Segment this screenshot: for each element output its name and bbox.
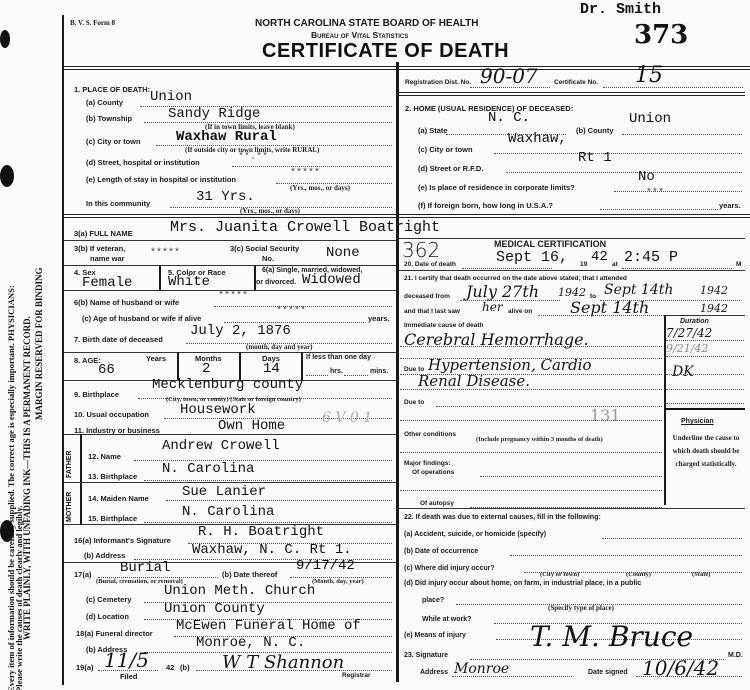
res-county-label: (b) County (576, 126, 614, 135)
filing-year: 42 (166, 663, 174, 672)
informant-address-label: (b) Address (84, 551, 125, 560)
birth-value: July 2, 1876 (190, 323, 291, 339)
spouse-age-unit: years. (368, 314, 390, 323)
father-birthplace-value: N. Carolina (162, 461, 254, 477)
funeral-director-label: 18(a) Funeral director (76, 629, 153, 638)
last-seen-year: 1942 (700, 302, 728, 315)
veteran-value: ***** (150, 248, 180, 259)
birth-note: (month, day and year) (246, 343, 313, 351)
filing-date-value: 11/5 (104, 648, 149, 672)
faint-stamp: 131 (590, 406, 621, 425)
father-name-label: 12. Name (88, 452, 121, 461)
marital-label-2: or divorced. (256, 279, 296, 286)
physician-signature: T. M. Bruce (530, 620, 693, 653)
occupation-label: 10. Usual occupation (74, 410, 149, 419)
informant-address-value: Waxhaw, N. C. Rt 1. (192, 542, 352, 558)
stamp-number: 373 (634, 20, 688, 50)
burial-date-note: (Month, day, year) (312, 578, 364, 585)
physician-annotation: Dr. Smith (580, 1, 661, 18)
city-label: (c) City or town (86, 137, 141, 146)
spouse-label: 6(b) Name of husband or wife (74, 298, 179, 307)
form-left-border (62, 15, 64, 685)
md-label: M.D. (728, 652, 743, 659)
death-county-value: Union (150, 89, 192, 105)
mother-name-label: 14. Maiden Name (88, 494, 149, 503)
date-of-death-label: 20. Date of death (404, 261, 456, 268)
county-label: (a) County (86, 98, 123, 107)
death-township-value: Sandy Ridge (168, 106, 260, 122)
stay-label: (e) Length of stay in hospital or instit… (86, 175, 236, 184)
means-of-injury-label: (e) Means of injury (404, 632, 466, 639)
registrar-signature: W T Shannon (222, 652, 344, 673)
attended-to-year: 1942 (700, 284, 728, 297)
residence-city-value: Waxhaw, (508, 131, 567, 147)
where-injury-label: (c) Where did injury occur? (404, 565, 495, 572)
binding-hole (0, 30, 10, 48)
marital-value: Widowed (302, 272, 361, 288)
at-label: at (612, 261, 618, 268)
filing-label: 19(a) (76, 663, 94, 672)
occurrence-label: (b) Date of occurrence (404, 548, 478, 555)
immediate-cause-label: Immediate cause of death (404, 322, 483, 329)
death-stay-value: ***** (290, 168, 320, 179)
signature-label: 23. Signature (404, 652, 448, 659)
signature-address-value: Monroe (454, 661, 509, 677)
full-name-value: Mrs. Juanita Crowell Boatright (170, 219, 440, 236)
meridian-label: M (736, 261, 741, 268)
where-note-county: (County) (626, 571, 651, 578)
death-time-value: 2:45 P (624, 249, 678, 266)
operations-label: Of operations (412, 469, 454, 476)
cemetery-label: (c) Cemetery (86, 595, 131, 604)
form-number: B. V. S. Form 8 (70, 19, 115, 27)
date-signed-label: Date signed (588, 669, 628, 676)
birthplace-value: Mecklenburg county (152, 377, 303, 393)
duration-2: 9/21/42 (666, 342, 708, 355)
last-seen-label: and that I last saw (404, 308, 460, 315)
duration-label: Duration (680, 318, 709, 325)
certify-text: 21. I certify that death occurred on the… (404, 275, 627, 282)
duration-3: DK (672, 364, 694, 380)
community-label: In this community (86, 199, 150, 208)
corporate-label: (e) Is place of residence in corporate l… (418, 183, 575, 192)
attended-to-value: Sept 14th (604, 282, 673, 298)
residence-street-value: Rt 1 (578, 150, 612, 166)
spouse-value: ***** (218, 291, 248, 302)
page-title: CERTIFICATE OF DEATH (262, 40, 509, 63)
informant-signature-value: R. H. Boatright (198, 524, 324, 540)
industry-value: Own Home (218, 418, 285, 434)
less-than-day-label: If less than one day (306, 354, 371, 361)
veteran-label: 3(b) If veteran, (74, 244, 125, 253)
where-note-state: (State) (692, 571, 710, 578)
place-label: (d) Did injury occur about home, on farm… (404, 580, 641, 587)
physician-note: Underline the cause to which death shoul… (668, 432, 744, 471)
faint-pencil-mark: 6 V 0 1 (322, 410, 372, 426)
major-findings-label: Major findings: (404, 460, 451, 467)
handwritten-number: 362 (402, 238, 440, 262)
registration-dist-value: 90-07 (480, 64, 538, 88)
full-name-label: 3(a) FULL NAME (74, 229, 133, 238)
birth-label: 7. Birth date of deceased (74, 335, 163, 344)
mins-label: mins. (370, 368, 388, 375)
occupation-value: Housework (180, 402, 256, 418)
accident-label: (a) Accident, suicide, or homicide (spec… (404, 531, 546, 538)
res-street-label: (d) Street or R.F.D. (418, 164, 483, 173)
spouse-age-label: (c) Age of husband or wife if alive (82, 314, 201, 323)
duration-1: 7/27/42 (666, 326, 712, 340)
bureau-name: Bureau of Vital Statistics (311, 30, 408, 40)
father-birthplace-label: 13. Birthplace (88, 472, 137, 481)
death-city-value: Waxhaw Rural (176, 129, 277, 145)
cemetery-value: Union Meth. Church (164, 583, 315, 599)
res-city-label: (c) City or town (418, 145, 473, 154)
father-name-value: Andrew Crowell (162, 438, 280, 454)
sex-value: Female (82, 275, 132, 291)
date-signed-value: 10/6/42 (642, 656, 719, 680)
community-value: 31 Yrs. (196, 189, 255, 205)
other-conditions-label: Other conditions (404, 431, 456, 438)
other-conditions-note: (Include pregnancy within 3 months of de… (476, 436, 603, 443)
year-prefix: 19 (580, 261, 587, 268)
foreign-value: *** (646, 188, 664, 199)
margin-binding-note: MARGIN RESERVED FOR BINDING (34, 268, 44, 420)
age-months-value: 2 (202, 361, 210, 377)
ssn-label: 3(c) Social Security (230, 244, 299, 253)
township-label: (b) Township (86, 114, 132, 123)
signature-address-label: Address (420, 669, 448, 676)
age-label: 8. AGE: (74, 356, 101, 365)
burial-method-value: Burial (120, 560, 170, 576)
age-years-value: 66 (98, 362, 115, 378)
stay-note: (Yrs., mos., or days) (290, 184, 350, 192)
filing-b-label: (b) (180, 663, 190, 672)
mother-name-value: Sue Lanier (182, 484, 266, 500)
board-name: NORTH CAROLINA STATE BOARD OF HEALTH (255, 18, 479, 29)
veteran-label-2: name war (90, 254, 125, 263)
place-note: (Specify type of place) (548, 604, 614, 612)
place-of-death-heading: 1. PLACE OF DEATH: (74, 85, 150, 94)
mother-tab: MOTHER (66, 492, 73, 522)
autopsy-label: Of autopsy (420, 500, 454, 507)
age-days-value: 14 (263, 361, 280, 377)
residence-county-value: Union (629, 111, 671, 127)
years-label: Years (146, 354, 166, 363)
due-to-label-2: Due to (404, 399, 424, 406)
death-street-value: **.** (238, 152, 268, 163)
ssn-value: None (326, 245, 360, 261)
ssn-label-2: No. (262, 254, 274, 263)
spouse-age-value: ***** (276, 306, 306, 317)
state-label: (a) State (418, 126, 448, 135)
certificate-label: Certificate No. (554, 79, 598, 86)
certificate-value: 15 (635, 63, 663, 88)
mother-birthplace-value: N. Carolina (182, 504, 274, 520)
registration-dist-label: Registration Dist. No. (405, 79, 471, 86)
father-tab: FATHER (66, 451, 73, 478)
street-label: (d) Street, hospital or institution (86, 158, 200, 167)
location-value: Union County (164, 601, 265, 617)
foreign-unit: years. (719, 201, 741, 210)
filed-label: Filed (120, 672, 138, 681)
place-label-2: place? (422, 597, 444, 604)
location-label: (d) Location (86, 612, 129, 621)
last-seen-pronoun: her (482, 300, 503, 314)
funeral-director-value: McEwen Funeral Home of (176, 618, 361, 634)
burial-label: 17(a) (74, 570, 92, 579)
last-seen-value: Sept 14th (570, 298, 649, 317)
corporate-value: No (638, 169, 655, 185)
birthplace-label: 9. Birthplace (74, 390, 119, 399)
informant-label: 16(a) Informant's Signature (74, 536, 171, 545)
burial-date-value: 9/17/42 (296, 558, 355, 574)
binding-hole (0, 165, 14, 187)
alive-on-label: alive on (508, 308, 532, 315)
medical-heading: MEDICAL CERTIFICATION (494, 239, 606, 249)
due-to-value-2: Renal Disease. (418, 372, 530, 390)
center-divider (396, 62, 399, 682)
hrs-label: hrs. (330, 368, 343, 375)
external-causes-heading: 22. If death was due to external causes,… (404, 514, 601, 521)
physician-heading: Physician (681, 418, 714, 425)
residence-state-value: N. C. (488, 110, 530, 126)
while-at-work-label: While at work? (422, 616, 471, 623)
foreign-label: (f) If foreign born, how long in U.S.A.? (418, 201, 553, 210)
director-address-value: Monroe, N. C. (196, 635, 305, 651)
registrar-label: Registrar (342, 672, 371, 679)
race-value: White (168, 274, 210, 290)
burial-date-label: (b) Date thereof (222, 570, 277, 579)
where-note-city: (City or town) (540, 571, 579, 578)
attended-label: deceased from (404, 293, 450, 300)
death-year-value: 42 (591, 249, 608, 265)
attended-from-value: July 27th (466, 282, 539, 301)
mother-birthplace-label: 15. Birthplace (88, 514, 137, 523)
margin-line-2: Please write the causes of death clearly… (14, 506, 24, 690)
date-of-death-value: Sept 16, (496, 249, 568, 266)
